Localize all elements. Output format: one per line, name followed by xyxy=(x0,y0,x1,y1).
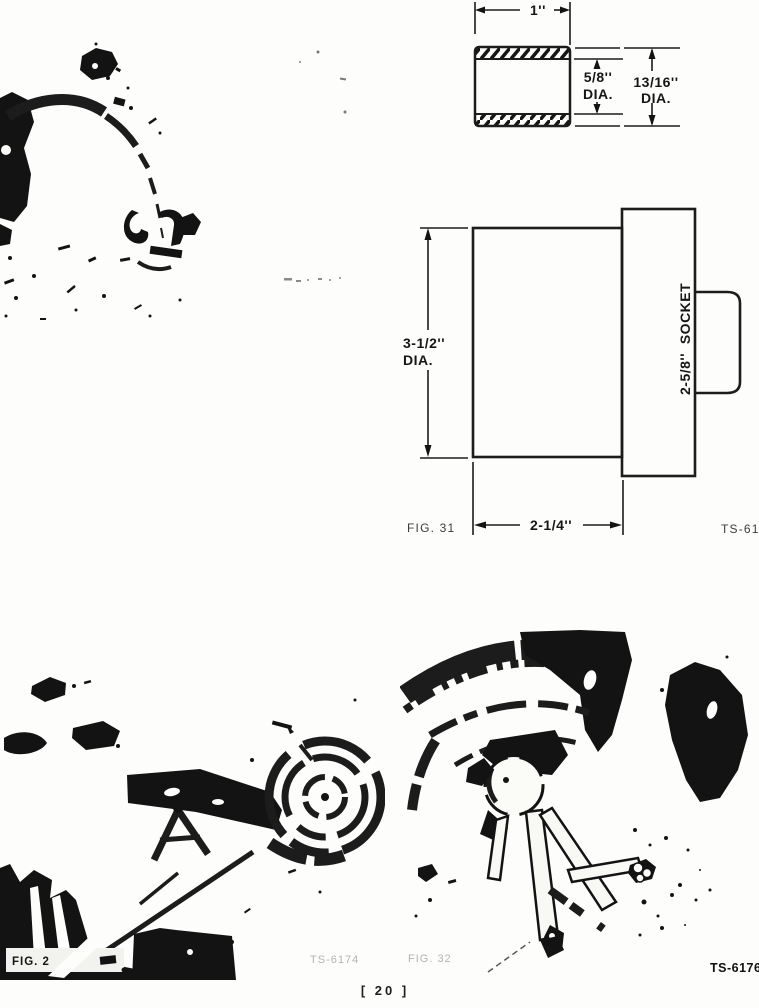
ts-6174-label: TS-6174 xyxy=(310,954,359,966)
photo-bottom-right-art: FIG. 32 TS-6176 xyxy=(400,630,759,980)
drawing-socket-tool: 3-1/2'' DIA. 2-5/8'' SOCKET 2-1/4'' FIG.… xyxy=(390,190,759,550)
halftone-artifacts xyxy=(0,677,381,980)
photo-bottom-right: FIG. 32 TS-6176 xyxy=(400,630,759,980)
bushing-outer-dia-value: 13/16'' xyxy=(633,74,678,90)
dim-inner-dia: 5/8'' DIA. xyxy=(574,59,623,114)
drawing-socket-tool-art: 3-1/2'' DIA. 2-5/8'' SOCKET 2-1/4'' FIG.… xyxy=(390,190,759,550)
bushing-inner-dia-value: 5/8'' xyxy=(584,69,613,85)
photo-bottom-left: FIG. 2 TS-6174 xyxy=(0,640,385,980)
bushing-length-label: 1'' xyxy=(530,2,546,18)
fig-32-caption: FIG. 32 xyxy=(408,953,452,965)
bushing-outer-dia-unit: DIA. xyxy=(641,90,671,106)
socket-size-label: 2-5/8'' SOCKET xyxy=(677,283,693,395)
socket-dia-value: 3-1/2'' xyxy=(403,335,445,351)
ts-6176-label: TS-6176 xyxy=(710,961,759,975)
dim-length: 1'' xyxy=(475,2,570,45)
scanned-manual-page: 1'' 5/8'' DIA. 13/16'' xyxy=(0,0,759,1008)
socket-dia-unit: DIA. xyxy=(403,352,433,368)
bushing-outline xyxy=(475,47,570,126)
dim-socket-width: 2-1/4'' xyxy=(473,462,623,535)
bushing-inner-dia-unit: DIA. xyxy=(583,86,613,102)
photo-top-left-art xyxy=(0,0,360,330)
fig-31-caption: FIG. 31 xyxy=(407,521,455,535)
page-number: [ 20 ] xyxy=(340,983,430,998)
socket-outline xyxy=(473,209,740,476)
halftone-artifacts xyxy=(405,630,748,972)
drawing-bushing-art: 1'' 5/8'' DIA. 13/16'' xyxy=(460,0,759,140)
halftone-artifacts xyxy=(0,43,347,321)
photo-top-left xyxy=(0,0,360,330)
fig-partial-caption: FIG. 2 xyxy=(12,956,50,968)
speckle-field xyxy=(633,828,712,937)
dim-socket-dia: 3-1/2'' DIA. xyxy=(403,228,468,458)
socket-width-label: 2-1/4'' xyxy=(530,517,572,533)
photo-bottom-left-art: FIG. 2 TS-6174 xyxy=(0,640,385,980)
ts-6175-label: TS-6175 xyxy=(721,522,759,536)
drawing-bushing: 1'' 5/8'' DIA. 13/16'' xyxy=(460,0,759,140)
faint-specks xyxy=(284,51,347,283)
